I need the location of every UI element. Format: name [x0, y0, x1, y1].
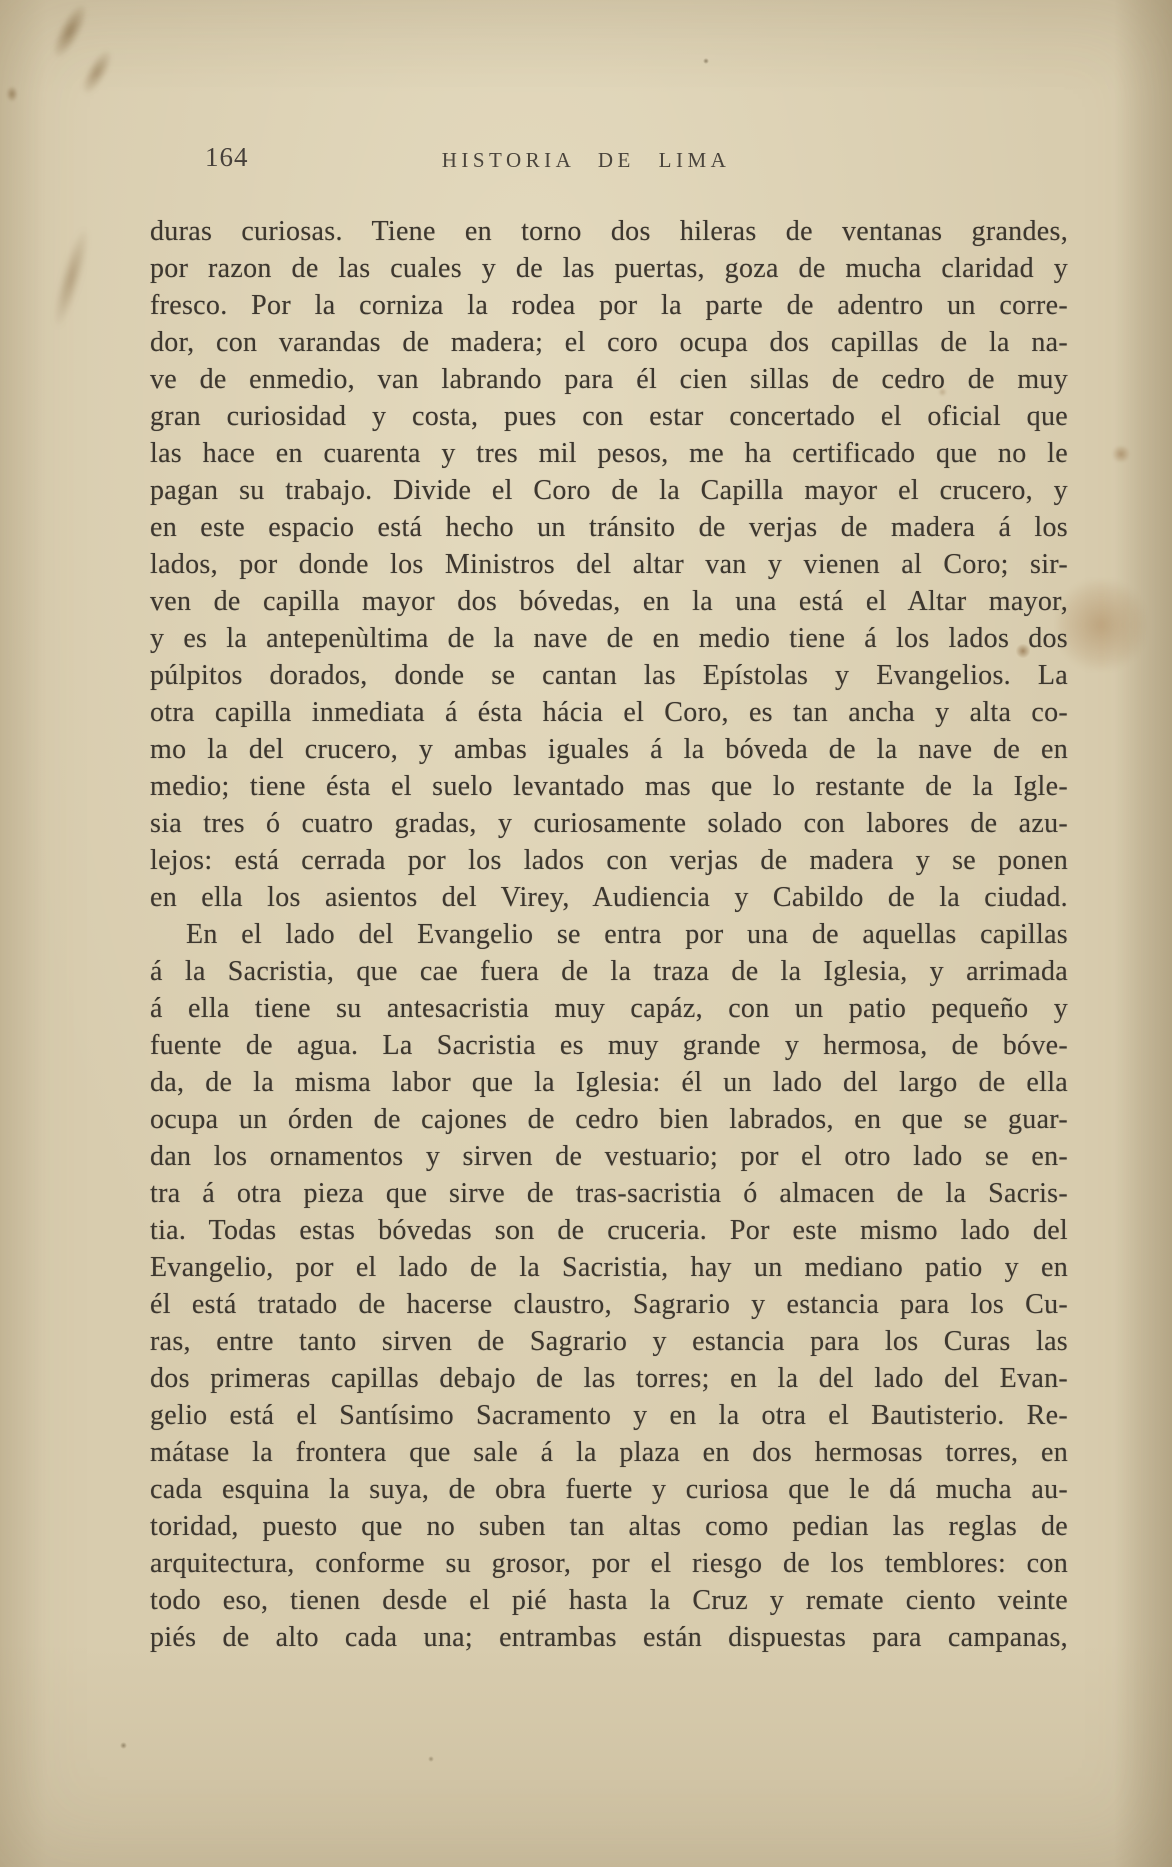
- text-line: por razon de las cuales y de las puertas…: [150, 250, 1068, 287]
- text-line: Evangelio, por el lado de la Sacristia, …: [150, 1249, 1068, 1286]
- text-line: da, de la misma labor que la Iglesia: él…: [150, 1064, 1068, 1101]
- text-line: duras curiosas. Tiene en torno dos hiler…: [150, 213, 1068, 250]
- text-line: ocupa un órden de cajones de cedro bien …: [150, 1101, 1068, 1138]
- text-line: y es la antepenùltima de la nave de en m…: [150, 620, 1068, 657]
- text-line: lados, por donde los Ministros del altar…: [150, 546, 1068, 583]
- text-line: dos primeras capillas debajo de las torr…: [150, 1360, 1068, 1397]
- ink-streak-stain: [49, 227, 94, 328]
- ink-streak-stain: [48, 1, 93, 62]
- text-line: ras, entre tanto sirven de Sagrario y es…: [150, 1323, 1068, 1360]
- text-line: tia. Todas estas bóvedas son de cruceria…: [150, 1212, 1068, 1249]
- text-line: cada esquina la suya, de obra fuerte y c…: [150, 1471, 1068, 1508]
- text-line: medio; tiene ésta el suelo levantado mas…: [150, 768, 1068, 805]
- text-line: fuente de agua. La Sacristia es muy gran…: [150, 1027, 1068, 1064]
- paper-speck: [120, 1742, 127, 1749]
- text-line: piés de alto cada una; entrambas están d…: [150, 1619, 1068, 1656]
- running-title: HISTORIA DE LIMA: [0, 148, 1172, 173]
- text-line: él está tratado de hacerse claustro, Sag…: [150, 1286, 1068, 1323]
- text-line: pagan su trabajo. Divide el Coro de la C…: [150, 472, 1068, 509]
- text-line: mátase la frontera que sale á la plaza e…: [150, 1434, 1068, 1471]
- text-line: todo eso, tienen desde el pié hasta la C…: [150, 1582, 1068, 1619]
- text-line: mo la del crucero, y ambas iguales á la …: [150, 731, 1068, 768]
- text-line: otra capilla inmediata á ésta hácia el C…: [150, 694, 1068, 731]
- scanned-book-page: { "colors": { "paper": "#d8ccae", "ink":…: [0, 0, 1172, 1867]
- text-line: á ella tiene su antesacristia muy capáz,…: [150, 990, 1068, 1027]
- text-line: las hace en cuarenta y tres mil pesos, m…: [150, 435, 1068, 472]
- page-right-edge-shadow: [1114, 0, 1172, 1867]
- paper-speck: [703, 58, 709, 64]
- foxing-spot: [1056, 580, 1146, 670]
- ink-streak-stain: [77, 47, 117, 98]
- text-line: lejos: está cerrada por los lados con ve…: [150, 842, 1068, 879]
- text-line: gran curiosidad y costa, pues con estar …: [150, 398, 1068, 435]
- paper-speck: [428, 1756, 434, 1762]
- text-line: á la Sacristia, que cae fuera de la traz…: [150, 953, 1068, 990]
- foxing-spot: [1112, 446, 1130, 462]
- text-line: ven de capilla mayor dos bóvedas, en la …: [150, 583, 1068, 620]
- text-line: fresco. Por la corniza la rodea por la p…: [150, 287, 1068, 324]
- text-line: dan los ornamentos y sirven de vestuario…: [150, 1138, 1068, 1175]
- foxing-spot: [6, 86, 18, 102]
- text-line: tra á otra pieza que sirve de tras-sacri…: [150, 1175, 1068, 1212]
- text-line: En el lado del Evangelio se entra por un…: [150, 916, 1068, 953]
- text-line: toridad, puesto que no suben tan altas c…: [150, 1508, 1068, 1545]
- text-line: ve de enmedio, van labrando para él cien…: [150, 361, 1068, 398]
- text-line: sia tres ó cuatro gradas, y curiosamente…: [150, 805, 1068, 842]
- text-line: púlpitos dorados, donde se cantan las Ep…: [150, 657, 1068, 694]
- text-line: en ella los asientos del Virey, Audienci…: [150, 879, 1068, 916]
- text-line: dor, con varandas de madera; el coro ocu…: [150, 324, 1068, 361]
- text-line: arquitectura, conforme su grosor, por el…: [150, 1545, 1068, 1582]
- text-line: en este espacio está hecho un tránsito d…: [150, 509, 1068, 546]
- text-line: gelio está el Santísimo Sacramento y en …: [150, 1397, 1068, 1434]
- text-block: duras curiosas. Tiene en torno dos hiler…: [150, 213, 1068, 1656]
